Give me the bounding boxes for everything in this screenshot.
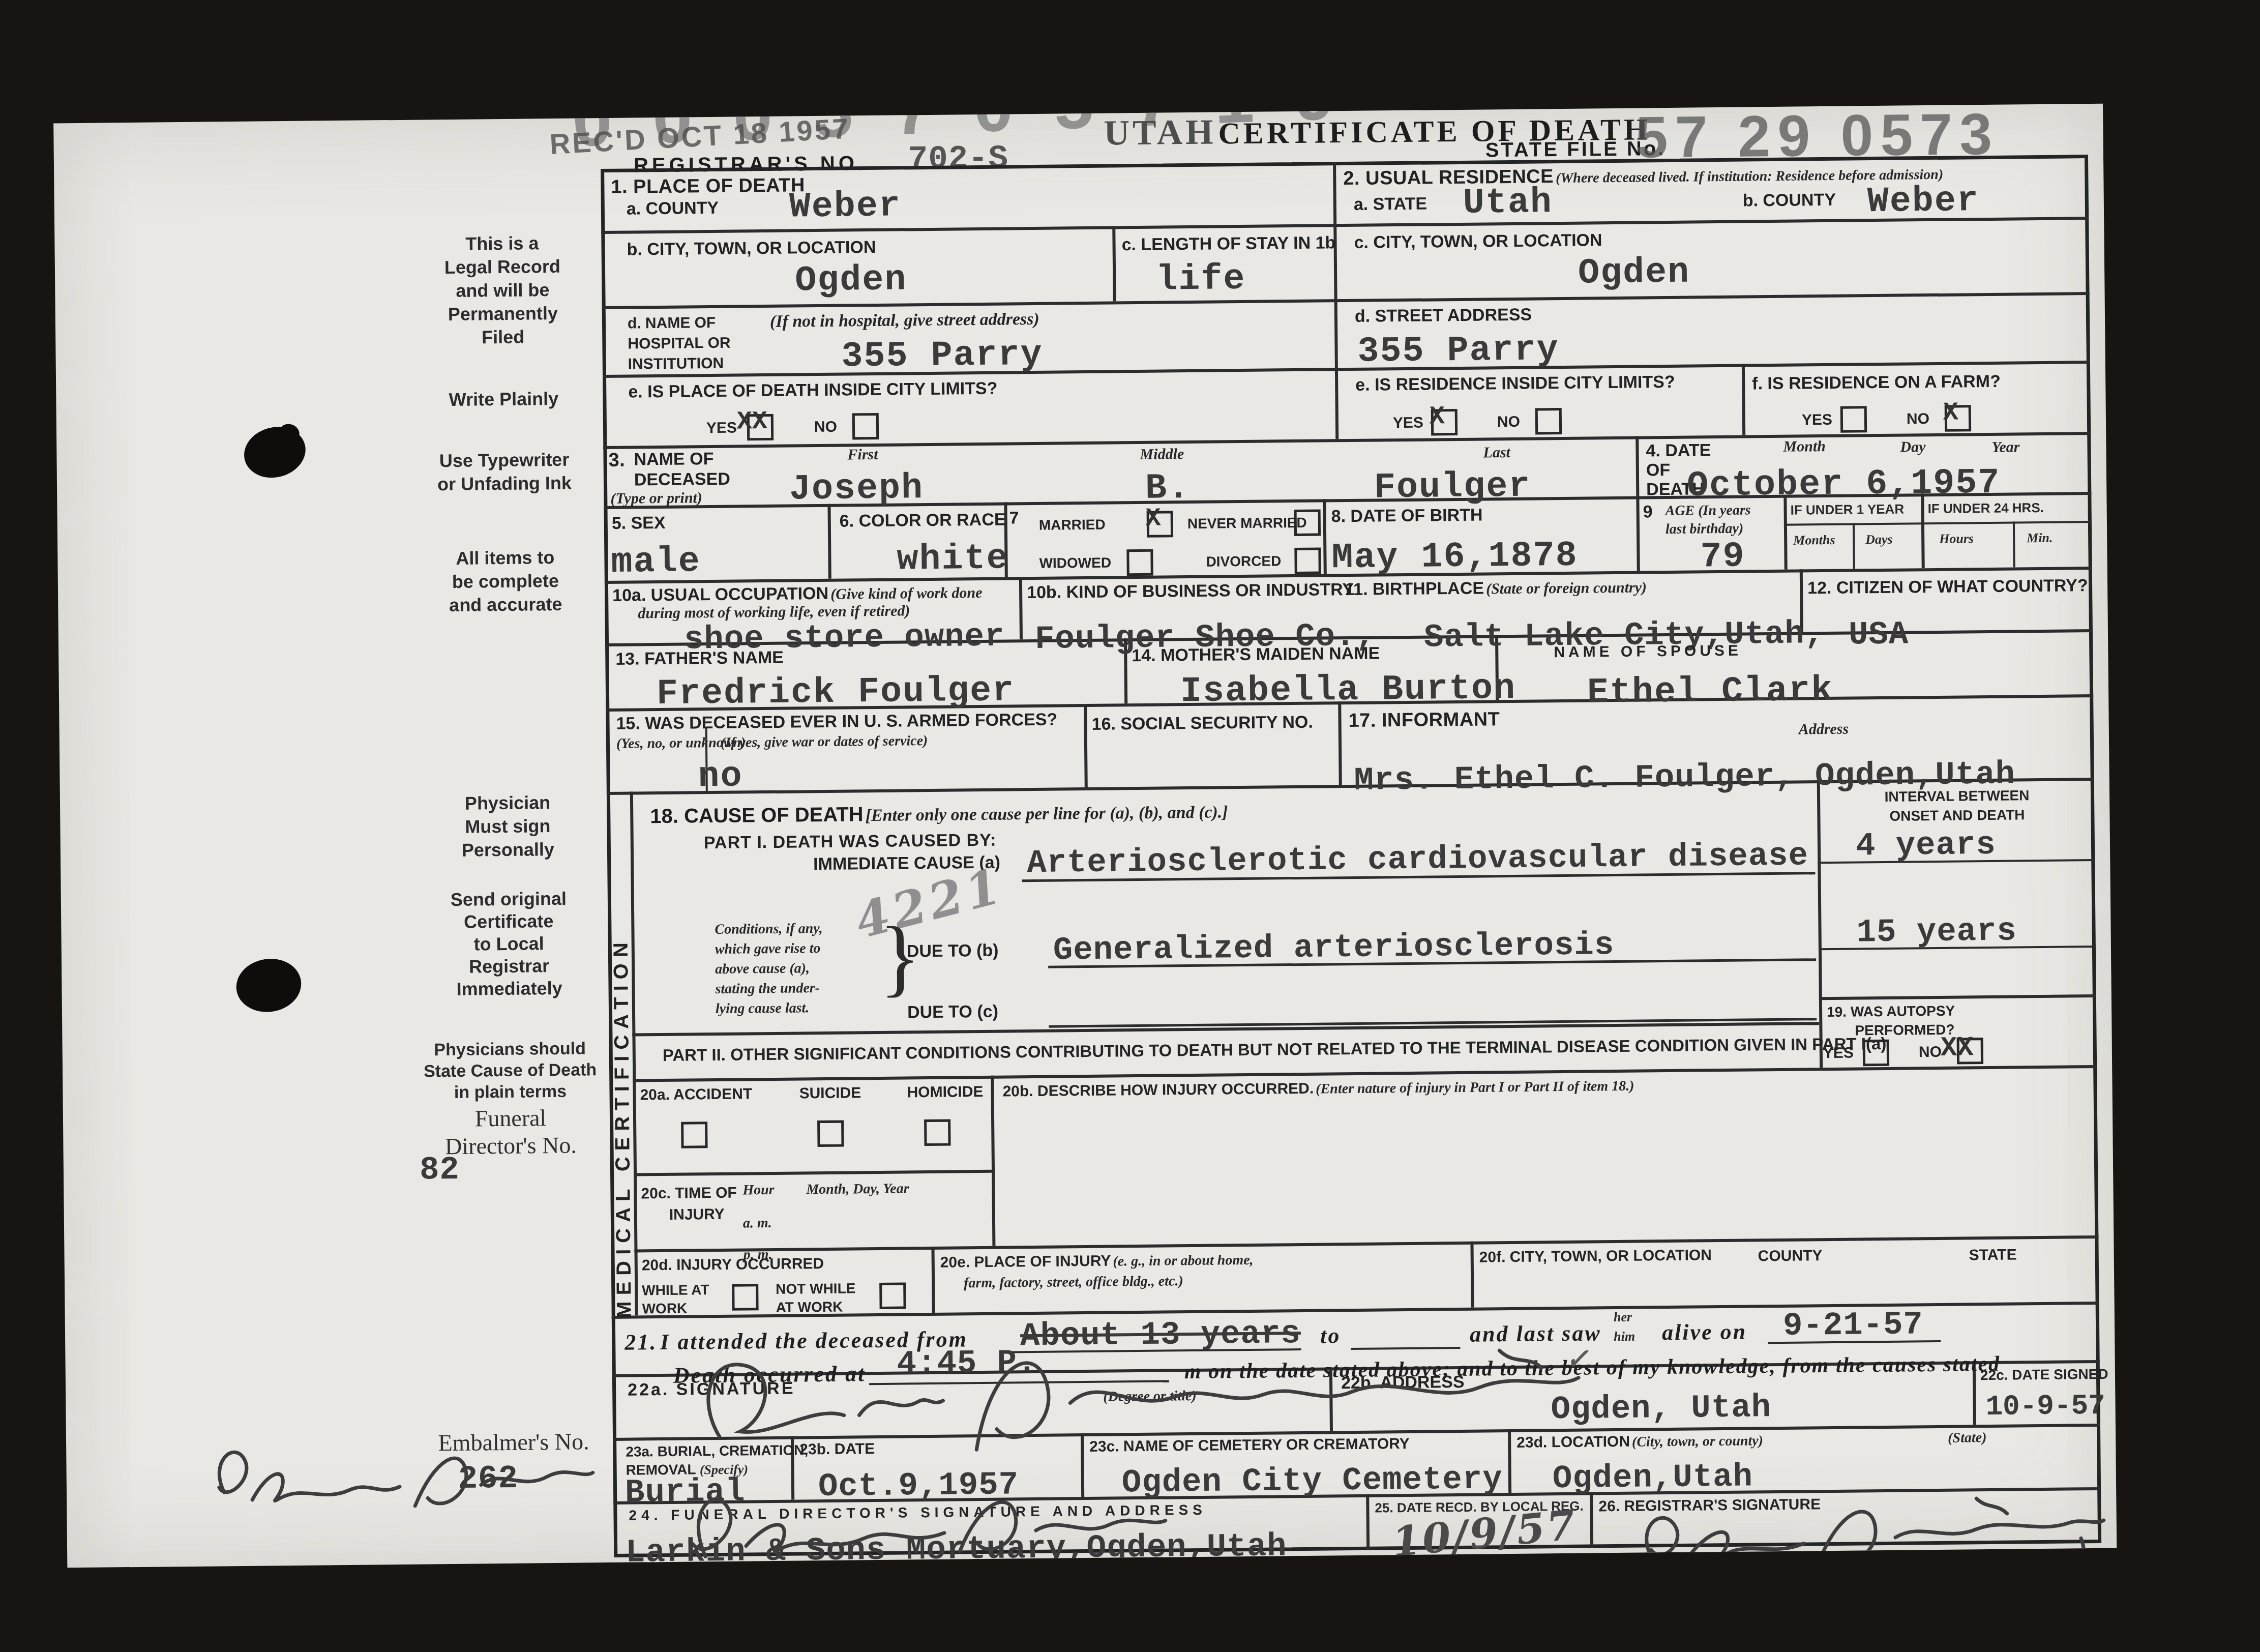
field-2f-no-mark: X <box>1943 399 1959 428</box>
field-15-note2: (If yes, give war or dates of service) <box>721 733 928 751</box>
field-21-her: her <box>1614 1310 1632 1325</box>
col-line <box>1366 1494 1370 1550</box>
interval-b-value: 15 years <box>1856 913 2017 951</box>
label-line: 19. WAS AUTOPSY <box>1827 1001 1955 1021</box>
field-23d-label: 23d. LOCATION <box>1516 1433 1630 1451</box>
label-line: AT WORK <box>776 1297 855 1317</box>
field-3-title: NAME OF DECEASED <box>634 449 730 490</box>
field-9-under24-label: IF UNDER 24 HRS. <box>1927 500 2044 517</box>
field-3-last-value: Foulger <box>1374 467 1531 509</box>
field-20d-notwhile-label: NOT WHILE AT WORK <box>776 1279 856 1317</box>
field-16-label: 16. SOCIAL SECURITY NO. <box>1091 713 1313 734</box>
label-line: lying cause last. <box>716 998 823 1019</box>
field-14-label: 14. MOTHER'S MAIDEN NAME <box>1132 643 1380 666</box>
field-9-value: 79 <box>1700 537 1745 578</box>
field-2a-value: Utah <box>1463 183 1553 224</box>
field-1a-value: Weber <box>789 186 901 227</box>
field-3-first-value: Joseph <box>789 468 924 510</box>
label-line: which gave rise to <box>715 938 823 959</box>
field-12-value: USA <box>1849 616 1909 654</box>
field-1e-yes-label: YES <box>706 420 737 437</box>
field-7-no: 7 <box>1009 508 1019 528</box>
field-7-widowed-label: WIDOWED <box>1039 555 1111 572</box>
field-17-address-label: Address <box>1799 721 1849 739</box>
field-1d-value: 355 Parry <box>841 335 1043 377</box>
field-2e-no-label: NO <box>1497 414 1520 431</box>
field-18-conditions-note: Conditions, if any, which gave rise to a… <box>715 919 823 1019</box>
field-10a-note1: (Give kind of work done <box>830 584 983 603</box>
field-4-day-label: Day <box>1900 438 1925 456</box>
field-1e-label: e. IS PLACE OF DEATH INSIDE CITY LIMITS? <box>628 379 997 402</box>
label-line: PERFORMED? <box>1827 1020 1955 1040</box>
field-23c-label: 23c. NAME OF CEMETERY OR CREMATORY <box>1089 1435 1410 1456</box>
col-line <box>1853 523 1855 569</box>
field-7-married-mark: X <box>1145 505 1161 534</box>
field-spouse-label: NAME OF SPOUSE <box>1554 642 1742 662</box>
field-13-label: 13. FATHER'S NAME <box>615 648 784 669</box>
field-21-no: 21. <box>625 1329 657 1355</box>
field-3-note: (Type or print) <box>610 489 702 508</box>
field-5-value: male <box>611 542 701 583</box>
field-10a-label: 10a. USUAL OCCUPATION <box>612 584 828 605</box>
punch-hole-bottom <box>232 955 305 1017</box>
field-20a-accident-checkbox <box>681 1122 707 1148</box>
field-23d-note: (City, town, or county) <box>1632 1433 1763 1450</box>
field-1e-no-checkbox <box>852 413 879 439</box>
field-2b-value: Weber <box>1867 181 1979 222</box>
field-20e-labelrow: 20e. PLACE OF INJURY (e. g., in or about… <box>940 1251 1254 1272</box>
field-18-note: [Enter only one cause per line for (a), … <box>865 803 1228 825</box>
field-2c-label: c. CITY, TOWN, OR LOCATION <box>1354 230 1602 253</box>
field-2b-label: b. COUNTY <box>1743 190 1836 211</box>
field-21-text4: alive on <box>1662 1319 1747 1346</box>
label-line: Conditions, if any, <box>715 919 822 939</box>
field-6-label: 6. COLOR OR RACE <box>840 510 1006 532</box>
field-1c-label: c. LENGTH OF STAY IN 1b <box>1121 233 1335 255</box>
col-line <box>1470 1242 1474 1308</box>
label-line: WORK <box>642 1299 709 1318</box>
field-1c-value: life <box>1156 259 1246 301</box>
interval-label: INTERVAL BETWEEN ONSET AND DEATH <box>1835 785 2079 827</box>
label-line: DECEASED <box>634 469 730 490</box>
interval-a-value: 4 years <box>1856 827 1997 865</box>
field-20b-label: 20b. DESCRIBE HOW INJURY OCCURRED. <box>1002 1080 1314 1100</box>
label-line: 23a. BURIAL, CREMATION, <box>626 1441 808 1461</box>
label-line: AGE (In years <box>1665 501 1750 520</box>
field-17-label: 17. INFORMANT <box>1348 709 1500 732</box>
field-18-label: 18. CAUSE OF DEATH <box>650 803 864 828</box>
field-1e-no-label: NO <box>814 419 837 436</box>
field-2e-no-checkbox <box>1535 408 1562 434</box>
field-12-label: 12. CITIZEN OF WHAT COUNTRY? <box>1807 576 2088 598</box>
field-7-divorced-label: DIVORCED <box>1206 553 1281 570</box>
field-14-value: Isabella Burton <box>1180 669 1516 712</box>
field-21-lastseen-value: 9-21-57 <box>1783 1307 1924 1345</box>
field-1d-note: (If not in hospital, give street address… <box>770 310 1039 332</box>
field-2e-label: e. IS RESIDENCE INSIDE CITY LIMITS? <box>1355 372 1675 395</box>
embalmer-signature <box>196 1428 599 1528</box>
field-8-value: May 16,1878 <box>1331 536 1578 579</box>
field-10b-label: 10b. KIND OF BUSINESS OR INDUSTRY <box>1027 580 1354 603</box>
field-20c-am-label: a. m. <box>743 1215 772 1232</box>
field-8-label: 8. DATE OF BIRTH <box>1331 505 1483 526</box>
field-1b-value: Ogden <box>795 260 907 301</box>
field-3-middle-label: Middle <box>1140 446 1184 463</box>
field-5-label: 5. SEX <box>612 513 666 534</box>
medical-certification-vertical-label: MEDICAL CERTIFICATION <box>608 820 636 1318</box>
field-11-labelrow: 11. BIRTHPLACE (State or foreign country… <box>1345 577 1647 600</box>
field-7-never-checkbox <box>1294 510 1321 536</box>
field-9-months-label: Months <box>1793 533 1835 548</box>
field-23d-state-note: (State) <box>1948 1430 1987 1447</box>
col-line <box>1590 1492 1593 1548</box>
field-19-yes-checkbox <box>1863 1040 1889 1066</box>
field-13-value: Fredrick Foulger <box>657 671 1015 715</box>
field-3-first-label: First <box>847 446 878 464</box>
registrar-signature <box>1620 1477 2109 1568</box>
field-18c-label: DUE TO (c) <box>907 1002 998 1023</box>
field-20a-suicide-label: SUICIDE <box>799 1084 861 1102</box>
title-utah: UTAH <box>1104 112 1216 153</box>
field-18-part1: PART I. DEATH WAS CAUSED BY: <box>704 831 997 853</box>
field-2f-yes-label: YES <box>1802 411 1832 429</box>
field-1a-label: a. COUNTY <box>627 198 719 219</box>
field-9-hours-label: Hours <box>1939 531 1974 547</box>
funeral-director-no-value: 82 <box>420 1152 460 1189</box>
label-line: above cause (a), <box>715 958 823 979</box>
field-20e-note2: farm, factory, street, office bldg., etc… <box>964 1273 1183 1291</box>
field-20f-label: 20f. CITY, TOWN, OR LOCATION <box>1479 1247 1712 1266</box>
label-line: NAME OF <box>634 449 730 470</box>
field-9-no: 9 <box>1643 502 1652 522</box>
field-22c-value: 10-9-57 <box>1985 1390 2105 1423</box>
field-6-value: white <box>897 539 1009 580</box>
col-line <box>931 1247 935 1313</box>
field-10a-note2: during most of working life, even if ret… <box>638 602 910 622</box>
field-15-value: no <box>698 756 743 797</box>
field-20f-state-label: STATE <box>1969 1246 2017 1264</box>
field-20e-label: 20e. PLACE OF INJURY <box>940 1253 1111 1271</box>
col-line <box>1019 577 1023 639</box>
field-20c-label: 20c. TIME OF INJURY <box>641 1183 737 1226</box>
field-3-no: 3. <box>608 450 625 471</box>
field-9-days-label: Days <box>1865 532 1893 548</box>
field-2e-yes-label: YES <box>1393 415 1423 432</box>
label-line: 4. DATE <box>1646 440 1711 460</box>
field-15-label: 15. WAS DECEASED EVER IN U. S. ARMED FOR… <box>616 710 1057 734</box>
field-20c-mdy-label: Month, Day, Year <box>806 1181 909 1198</box>
field-2e-yes-mark: X <box>1430 402 1445 431</box>
field-4-year-label: Year <box>1991 438 2019 456</box>
field-7-divorced-checkbox <box>1294 548 1321 574</box>
field-19-no-mark: XX <box>1941 1032 1974 1064</box>
field-20e-note1: (e. g., in or about home, <box>1113 1252 1253 1270</box>
death-certificate-scan: 0005705719 REC'D OCT 18 1957 REGISTRAR'S… <box>53 104 2117 1568</box>
field-7-married-label: MARRIED <box>1039 517 1106 534</box>
field-2d-label: d. STREET ADDRESS <box>1355 305 1532 327</box>
punch-hole-top <box>239 421 311 485</box>
field-20f-county-label: COUNTY <box>1758 1247 1823 1265</box>
field-19-yes-label: YES <box>1823 1045 1854 1063</box>
field-7-widowed-checkbox <box>1126 549 1153 576</box>
field-22c-label: 22c. DATE SIGNED <box>1980 1366 2108 1383</box>
label-line: 20c. TIME OF <box>641 1183 737 1205</box>
field-20d-while-checkbox <box>732 1284 758 1310</box>
field-2d-value: 355 Parry <box>1357 330 1559 372</box>
field-11-label: 11. BIRTHPLACE <box>1345 578 1484 599</box>
label-line: INTERVAL BETWEEN <box>1835 785 2079 807</box>
label-line: stating the under- <box>715 978 823 999</box>
field-18b-label: DUE TO (b) <box>907 941 999 962</box>
funeral-director-signature <box>644 1476 1169 1568</box>
field-9-under1yr-label: IF UNDER 1 YEAR <box>1790 501 1904 518</box>
field-1e-yes-mark: XX <box>737 407 768 437</box>
field-3-middle-value: B. <box>1145 468 1191 509</box>
label-line: INJURY <box>641 1204 737 1226</box>
label-line: WHILE AT <box>642 1281 709 1300</box>
field-9-label: AGE (In years last birthday) <box>1665 501 1751 539</box>
field-19-label: 19. WAS AUTOPSY PERFORMED? <box>1827 1001 1955 1040</box>
field-20a-accident-label: 20a. ACCIDENT <box>640 1085 752 1104</box>
field-19-no-label: NO <box>1919 1044 1942 1061</box>
field-2f-yes-checkbox <box>1840 406 1867 432</box>
field-20d-notwhile-checkbox <box>879 1282 906 1309</box>
field-1d-label: d. NAME OF HOSPITAL OR INSTITUTION <box>628 313 731 375</box>
field-2f-no-label: NO <box>1907 410 1929 428</box>
field-2f-label: f. IS RESIDENCE ON A FARM? <box>1752 372 2001 394</box>
field-4-value: October 6,1957 <box>1687 463 2001 507</box>
field-23b-label: 23b. DATE <box>799 1440 875 1458</box>
label-line: ONSET AND DEATH <box>1835 805 2079 827</box>
field-20b-note: (Enter nature of injury in Part I or Par… <box>1316 1078 1634 1097</box>
field-20a-homicide-label: HOMICIDE <box>907 1083 983 1101</box>
field-spouse-value: Ethel Clark <box>1587 671 1834 714</box>
field-23c-value: Ogden City Cemetery <box>1122 1461 1503 1501</box>
field-2c-value: Ogden <box>1578 253 1690 294</box>
field-21-him: him <box>1614 1329 1635 1344</box>
label-line: d. NAME OF <box>628 313 731 334</box>
field-23d-labelrow: 23d. LOCATION (City, town, or county) <box>1516 1432 1763 1452</box>
field-20d-label: 20d. INJURY OCCURRED <box>642 1255 824 1274</box>
label-line: NOT WHILE <box>776 1279 855 1299</box>
label-line: HOSPITAL OR <box>628 333 731 355</box>
field-3-last-label: Last <box>1483 444 1510 462</box>
field-7-never-label: NEVER MARRIED <box>1187 515 1307 532</box>
field-4-month-label: Month <box>1783 438 1826 456</box>
col-line <box>2013 521 2015 567</box>
field-20a-homicide-checkbox <box>924 1119 950 1146</box>
field-1-title: 1. PLACE OF DEATH <box>611 174 805 198</box>
field-11-note: (State or foreign country) <box>1486 579 1647 597</box>
label-line: INSTITUTION <box>628 353 731 375</box>
field-20d-while-label: WHILE AT WORK <box>642 1281 709 1318</box>
field-9-min-label: Min. <box>2027 530 2053 546</box>
label-line: last birthday) <box>1666 519 1751 539</box>
field-2a-label: a. STATE <box>1354 194 1428 215</box>
field-10a-labelrow: 10a. USUAL OCCUPATION (Give kind of work… <box>612 582 983 606</box>
field-1b-label: b. CITY, TOWN, OR LOCATION <box>627 238 876 260</box>
field-20a-suicide-checkbox <box>817 1120 844 1147</box>
field-20c-hour-label: Hour <box>742 1182 775 1199</box>
